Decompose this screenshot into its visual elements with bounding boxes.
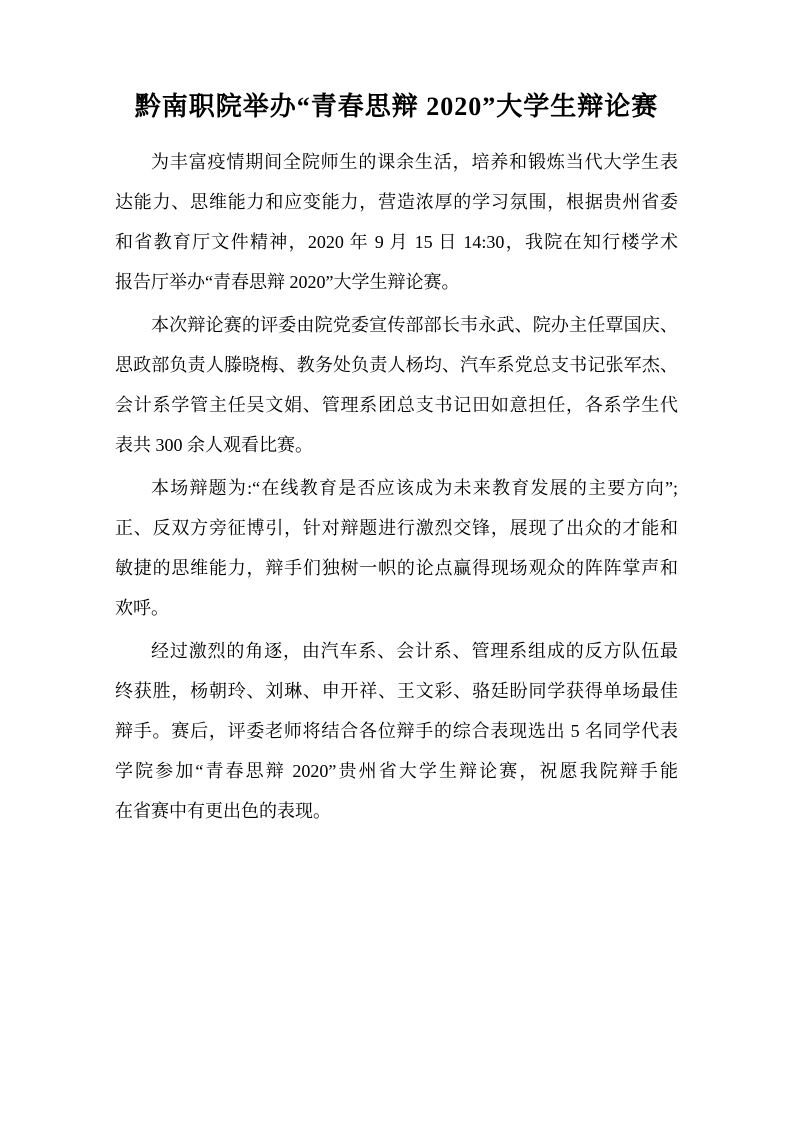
paragraph-1: 为丰富疫情期间全院师生的课余生活，培养和锻炼当代大学生表 达能力、思维能力和应变… [115, 142, 678, 302]
paragraph-line: 辩手。赛后，评委老师将结合各位辩手的综合表现选出 5 名同学代表 [115, 711, 678, 751]
paragraph-line: 本次辩论赛的评委由院党委宣传部部长韦永武、院办主任覃国庆、 [115, 305, 678, 345]
paragraph-line: 表共 300 余人观看比赛。 [115, 425, 678, 465]
paragraph-2: 本次辩论赛的评委由院党委宣传部部长韦永武、院办主任覃国庆、 思政部负责人滕晓梅、… [115, 305, 678, 465]
document-page: 黔南职院举办“青春思辩 2020”大学生辩论赛 为丰富疫情期间全院师生的课余生活… [0, 0, 793, 1122]
paragraph-line: 终获胜，杨朝玲、刘琳、申开祥、王文彩、骆廷盼同学获得单场最佳 [115, 671, 678, 711]
paragraph-line: 和省教育厅文件精神，2020 年 9 月 15 日 14:30，我院在知行楼学术 [115, 222, 678, 262]
paragraph-3: 本场辩题为:“在线教育是否应该成为未来教育发展的主要方向”; 正、反双方旁征博引… [115, 468, 678, 628]
paragraph-line: 在省赛中有更出色的表现。 [115, 791, 678, 831]
paragraph-line: 欢呼。 [115, 588, 678, 628]
document-title: 黔南职院举办“青春思辩 2020”大学生辩论赛 [115, 86, 678, 128]
paragraph-line: 为丰富疫情期间全院师生的课余生活，培养和锻炼当代大学生表 [115, 142, 678, 182]
paragraph-line: 报告厅举办“青春思辩 2020”大学生辩论赛。 [115, 262, 678, 302]
paragraph-line: 学院参加“青春思辩 2020”贵州省大学生辩论赛，祝愿我院辩手能 [115, 751, 678, 791]
paragraph-line: 本场辩题为:“在线教育是否应该成为未来教育发展的主要方向”; [115, 468, 678, 508]
paragraph-line: 正、反双方旁征博引，针对辩题进行激烈交锋，展现了出众的才能和 [115, 508, 678, 548]
paragraph-4: 经过激烈的角逐，由汽车系、会计系、管理系组成的反方队伍最 终获胜，杨朝玲、刘琳、… [115, 631, 678, 831]
paragraph-line: 敏捷的思维能力，辩手们独树一帜的论点赢得现场观众的阵阵掌声和 [115, 548, 678, 588]
paragraph-line: 经过激烈的角逐，由汽车系、会计系、管理系组成的反方队伍最 [115, 631, 678, 671]
paragraph-line: 思政部负责人滕晓梅、教务处负责人杨均、汽车系党总支书记张军杰、 [115, 345, 678, 385]
paragraph-line: 会计系学管主任吴文娟、管理系团总支书记田如意担任，各系学生代 [115, 385, 678, 425]
paragraph-line: 达能力、思维能力和应变能力，营造浓厚的学习氛围，根据贵州省委 [115, 182, 678, 222]
document-body: 为丰富疫情期间全院师生的课余生活，培养和锻炼当代大学生表 达能力、思维能力和应变… [115, 142, 678, 831]
